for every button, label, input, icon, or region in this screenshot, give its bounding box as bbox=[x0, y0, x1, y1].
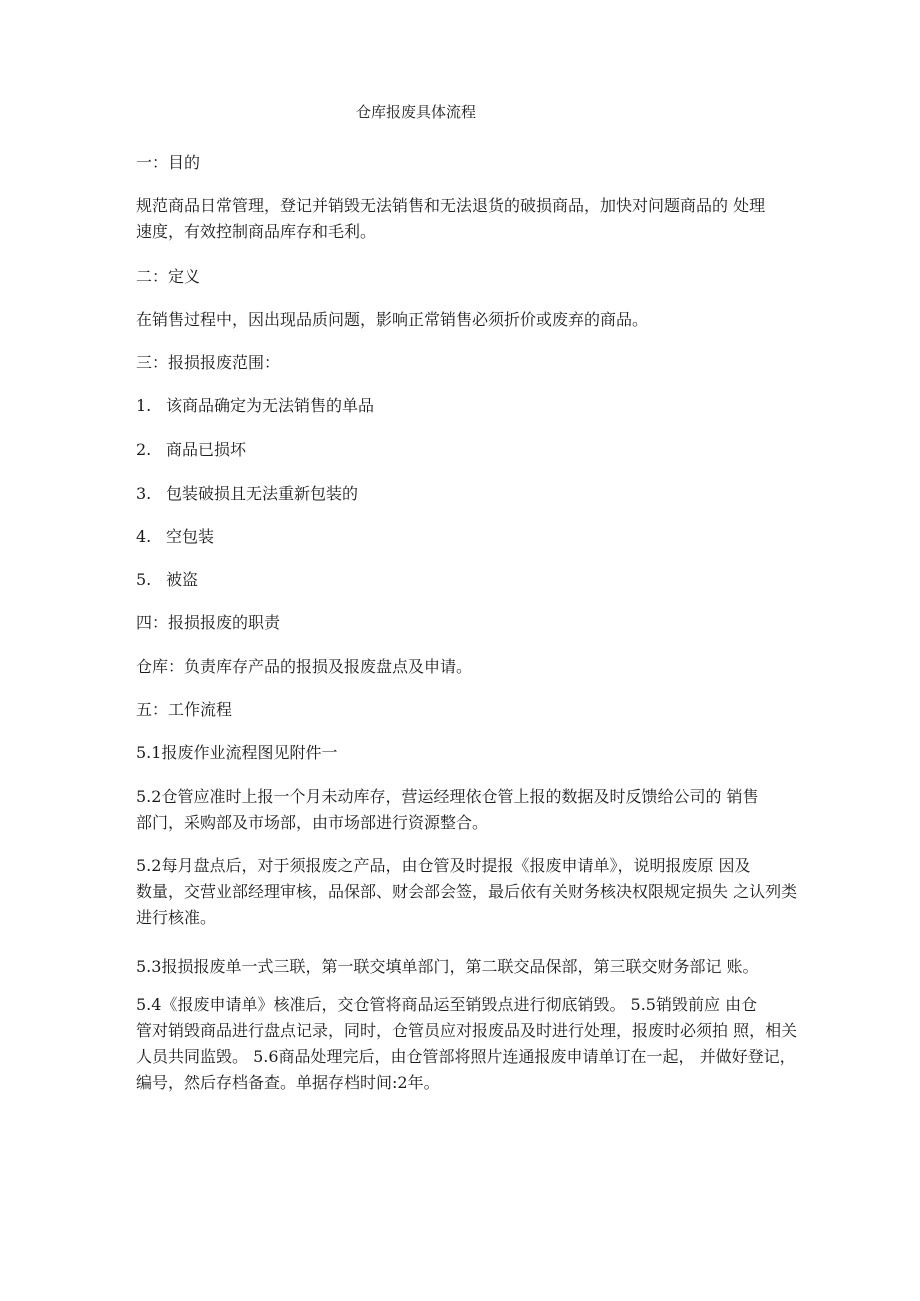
list-number: 5. bbox=[136, 567, 166, 592]
paragraph-purpose: 规范商品日常管理，登记并销毁无法销售和无法退货的破损商品，加快对问题商品的 处理… bbox=[136, 193, 828, 245]
paragraph-line: 编号，然后存档备查。单据存档时间:2年。 bbox=[136, 1070, 828, 1096]
section-heading-definition: 二：定义 bbox=[136, 264, 828, 289]
list-text: 空包装 bbox=[166, 527, 214, 546]
paragraph-line: 速度，有效控制商品库存和毛利。 bbox=[136, 219, 828, 245]
step-5-4-to-5-6: 5.4《报废申请单》核准后，交仓管将商品运至销毁点进行彻底销毁。 5.5销毁前应… bbox=[136, 992, 828, 1096]
list-number: 4. bbox=[136, 524, 166, 549]
paragraph-line: 人员共同监毁。 5.6商品处理完后，由仓管部将照片连通报废申请单订在一起， 并做… bbox=[136, 1044, 828, 1070]
document-page: 仓库报废具体流程 一：目的 规范商品日常管理，登记并销毁无法销售和无法退货的破损… bbox=[0, 0, 920, 1301]
paragraph-line: 部门，采购部及市场部，由市场部进行资源整合。 bbox=[136, 810, 828, 836]
step-5-2-inventory: 5.2仓管应准时上报一个月未动库存，营运经理依仓管上报的数据及时反馈给公司的 销… bbox=[136, 784, 828, 836]
paragraph-line: 5.2每月盘点后，对于须报废之产品，由仓管及时提报《报废申请单》，说明报废原 因… bbox=[136, 853, 828, 879]
paragraph-line: 管对销毁商品进行盘点记录，同时，仓管员应对报废品及时进行处理，报废时必须拍 照，… bbox=[136, 1018, 828, 1044]
step-5-3: 5.3报损报废单一式三联，第一联交填单部门，第二联交品保部，第三联交财务部记 账… bbox=[136, 954, 828, 979]
section-heading-workflow: 五：工作流程 bbox=[136, 697, 828, 722]
list-item: 3.包装破损且无法重新包装的 bbox=[136, 481, 828, 506]
list-text: 该商品确定为无法销售的单品 bbox=[166, 396, 374, 415]
list-number: 1. bbox=[136, 393, 166, 418]
list-item: 1.该商品确定为无法销售的单品 bbox=[136, 393, 828, 418]
paragraph-line: 规范商品日常管理，登记并销毁无法销售和无法退货的破损商品，加快对问题商品的 处理 bbox=[136, 193, 828, 219]
list-text: 被盗 bbox=[166, 570, 198, 589]
paragraph-definition: 在销售过程中，因出现品质问题，影响正常销售必须折价或废弃的商品。 bbox=[136, 307, 828, 332]
section-heading-scope: 三：报损报废范围： bbox=[136, 350, 828, 375]
list-item: 5.被盗 bbox=[136, 567, 828, 592]
list-text: 包装破损且无法重新包装的 bbox=[166, 484, 358, 503]
section-heading-duties: 四：报损报废的职责 bbox=[136, 610, 828, 635]
list-number: 2. bbox=[136, 437, 166, 462]
paragraph-line: 数量，交营业部经理审核，品保部、财会部会签，最后依有关财务核决权限规定损失 之认… bbox=[136, 879, 828, 905]
list-item: 4.空包装 bbox=[136, 524, 828, 549]
document-title: 仓库报废具体流程 bbox=[356, 102, 476, 122]
paragraph-line: 进行核准。 bbox=[136, 905, 828, 931]
step-5-2-monthly: 5.2每月盘点后，对于须报废之产品，由仓管及时提报《报废申请单》，说明报废原 因… bbox=[136, 853, 828, 931]
section-heading-purpose: 一：目的 bbox=[136, 150, 828, 175]
step-5-1: 5.1报废作业流程图见附件一 bbox=[136, 740, 828, 765]
list-text: 商品已损坏 bbox=[166, 440, 246, 459]
list-number: 3. bbox=[136, 481, 166, 506]
paragraph-duties: 仓库：负责库存产品的报损及报废盘点及申请。 bbox=[136, 654, 828, 679]
list-item: 2.商品已损坏 bbox=[136, 437, 828, 462]
paragraph-line: 5.2仓管应准时上报一个月未动库存，营运经理依仓管上报的数据及时反馈给公司的 销… bbox=[136, 784, 828, 810]
paragraph-line: 5.4《报废申请单》核准后，交仓管将商品运至销毁点进行彻底销毁。 5.5销毁前应… bbox=[136, 992, 828, 1018]
